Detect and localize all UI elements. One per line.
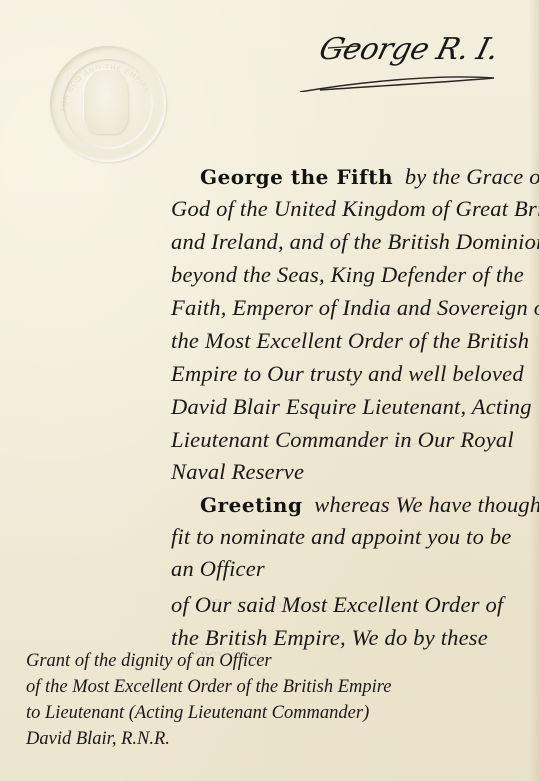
heading-line: George the Fifth by the Grace of [200,164,539,190]
greeting-word: Greeting [200,493,302,517]
body-line: Naval Reserve [171,459,304,485]
signature-flourish-icon [298,22,498,92]
heading-continuation: by the Grace of [405,164,539,189]
paper-edge [529,0,539,781]
body-line: the British Empire, We do by these [171,625,488,651]
sovereign-name: George the Fifth [200,165,393,189]
body-line: of Our said Most Excellent Order of [171,592,503,618]
body-line: fit to nominate and appoint you to be [171,524,512,550]
greeting-line: Greeting whereas We have thought [200,492,539,518]
body-line: Empire to Our trusty and well beloved [171,361,524,387]
britannia-figure-icon [84,70,128,134]
embossed-seal: FOR GOD AND THE EMPIRE [50,46,166,162]
greeting-continuation: whereas We have thought [314,492,539,517]
body-line: God of the United Kingdom of Great Brita… [171,196,539,222]
body-line: beyond the Seas, King Defender of the [171,262,524,288]
footer-line: Grant of the dignity of an Officer [26,651,272,672]
footer-line: David Blair, R.N.R. [26,729,170,750]
body-line: David Blair Esquire Lieutenant, Acting [171,394,532,420]
body-line: an Officer [171,556,265,582]
footer-line: to Lieutenant (Acting Lieutenant Command… [26,703,369,724]
body-line: and Ireland, and of the British Dominion… [171,229,539,255]
body-line: Lieutenant Commander in Our Royal [171,427,514,453]
footer-line: of the Most Excellent Order of the Briti… [26,677,391,698]
royal-signature: George R. I. [298,22,498,92]
body-line: Faith, Emperor of India and Sovereign of [171,295,539,321]
body-line: the Most Excellent Order of the British [171,328,529,354]
